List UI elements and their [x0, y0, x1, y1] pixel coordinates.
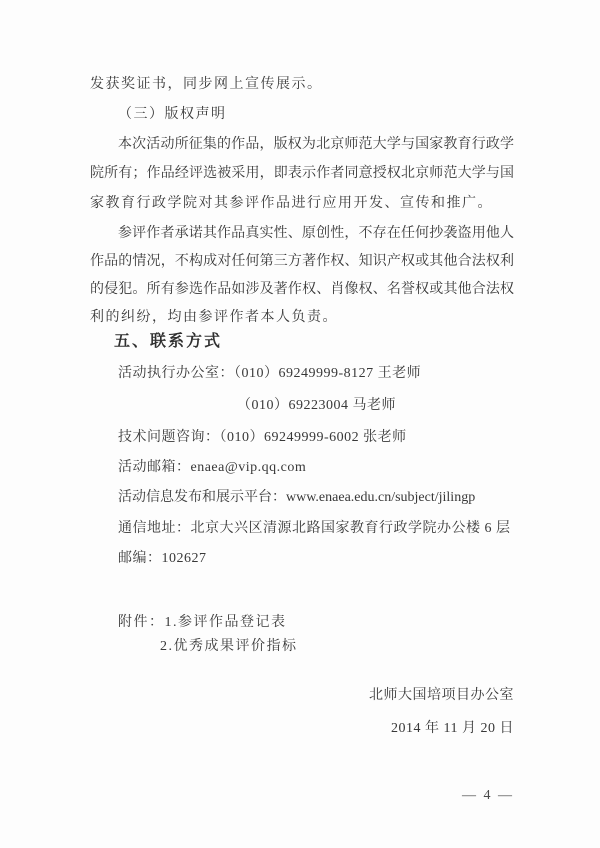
paragraph-line: 家教育行政学院对其参评作品进行应用开发、宣传和推广。: [90, 194, 514, 214]
attachment-line-1: 附件：1.参评作品登记表: [90, 613, 514, 633]
section-heading-contact: 五、联系方式: [90, 332, 514, 352]
paragraph-line: 参评作者承诺其作品真实性、原创性，不存在任何抄袭盗用他人: [90, 224, 514, 244]
contact-line-tech-support: 技术问题咨询：（010）69249999-6002 张老师: [90, 428, 514, 448]
attachment-line-2: 2.优秀成果评价指标: [90, 637, 514, 657]
paragraph-line: 利的纠纷，均由参评作者本人负责。: [90, 308, 514, 328]
paragraph-line: 的侵犯。所有参选作品如涉及著作权、肖像权、名誉权或其他合法权: [90, 280, 514, 300]
paragraph-line: 本次活动所征集的作品，版权为北京师范大学与国家教育行政学: [90, 135, 514, 155]
section-subheading-copyright: （三）版权声明: [90, 105, 514, 125]
contact-line-website: 活动信息发布和展示平台：www.enaea.edu.cn/subject/jil…: [90, 488, 514, 508]
contact-line-address: 通信地址：北京大兴区清源北路国家教育行政学院办公楼 6 层: [90, 519, 514, 539]
document-page: 发获奖证书，同步网上宣传展示。 （三）版权声明 本次活动所征集的作品，版权为北京…: [0, 0, 600, 848]
paragraph-line: 作品的情况，不构成对任何第三方著作权、知识产权或其他合法权利: [90, 252, 514, 272]
contact-line-email: 活动邮箱：enaea@vip.qq.com: [90, 458, 514, 478]
signature-date: 2014 年 11 月 20 日: [90, 719, 514, 739]
signature-organization: 北师大国培项目办公室: [90, 686, 514, 706]
page-number: — 4 —: [90, 786, 514, 806]
contact-line-postcode: 邮编：102627: [90, 549, 514, 569]
paragraph-line: 院所有；作品经评选被采用，即表示作者同意授权北京师范大学与国: [90, 164, 514, 184]
contact-line-office-phone: 活动执行办公室：（010）69249999-8127 王老师: [90, 364, 514, 384]
contact-line-office-phone-2: （010）69223004 马老师: [90, 396, 514, 416]
body-continuation-line: 发获奖证书，同步网上宣传展示。: [90, 75, 514, 95]
